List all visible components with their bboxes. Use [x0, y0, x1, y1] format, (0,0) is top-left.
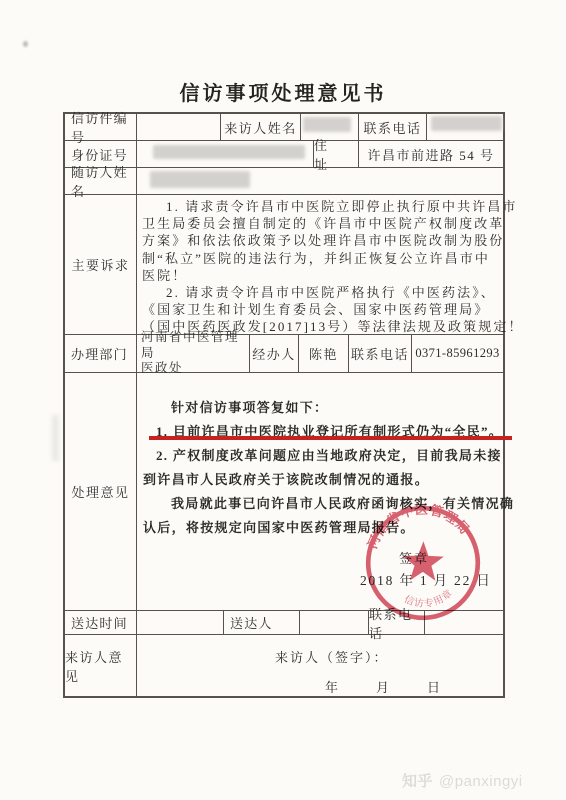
table-row-handling: 办理部门 河南省中医管理局 医政处 经办人 陈艳 联系电话 0371-85961… — [65, 335, 503, 373]
delivery-person-label: 送达人 — [224, 611, 300, 634]
appeal-line: 制“私立”医院的违法行为，并纠正恢复公立许昌市中 — [142, 250, 499, 267]
official-red-stamp: 河南省中医管理局 信访专用章 — [353, 493, 493, 633]
appeal-line: 方案》和依法依政策予以处理许昌市中医院改制为股份 — [142, 232, 499, 249]
opinion-line-underlined: 1. 目前许昌市中医院执业登记所有制形式仍为“全民”。 — [143, 420, 499, 444]
agent-label: 经办人 — [250, 335, 299, 372]
contact-phone-label: 联系电话 — [359, 114, 427, 140]
appeal-line: 《国家卫生和计划生育委员会、国家中医药管理局》 — [142, 301, 499, 318]
appeal-line: 1. 请求责令许昌市中医院立即停止执行原中共许昌市 — [142, 198, 499, 215]
table-row-visitor-opinion: 来访人意见 来访人（签字）： 年 月 日 — [65, 635, 503, 696]
page-title: 信访事项处理意见书 — [0, 77, 566, 106]
delivery-time-value — [137, 611, 224, 634]
table-row-appeal: 主要诉求 1. 请求责令许昌市中医院立即停止执行原中共许昌市 卫生局委员会擅自制… — [65, 195, 503, 335]
table-row-companion: 随访人姓名 — [65, 168, 503, 195]
appeal-line: 医院！ — [142, 267, 499, 284]
delivery-person-value — [300, 611, 369, 634]
handling-dept-label: 办理部门 — [65, 335, 137, 372]
opinion-label: 处理意见 — [65, 373, 137, 610]
visitor-opinion-content: 来访人（签字）： 年 月 日 — [137, 635, 503, 696]
handling-phone-value: 0371-85961293 — [412, 335, 503, 372]
redacted-visitor-name — [303, 117, 351, 132]
appeal-label: 主要诉求 — [65, 195, 137, 334]
address-value: 许昌市前进路 54 号 — [359, 141, 503, 167]
address-label: 住 址 — [314, 141, 359, 167]
visitor-opinion-label: 来访人意见 — [65, 635, 137, 696]
delivery-time-label: 送达时间 — [65, 611, 137, 634]
visitor-name-label: 来访人姓名 — [221, 114, 301, 140]
appeal-line: 卫生局委员会擅自制定的《许昌市中医院产权制度改革 — [142, 215, 499, 232]
agent-name: 陈艳 — [299, 335, 349, 372]
redacted-phone-number — [431, 116, 502, 131]
handling-dept-value: 河南省中医管理局 医政处 — [137, 335, 250, 372]
watermark-handle: @panxingyi — [439, 773, 523, 790]
red-underline-highlight — [149, 436, 512, 440]
petition-no-label: 信访件编号 — [65, 114, 137, 140]
visitor-date-blanks: 年 月 日 — [325, 677, 444, 696]
companion-name-label: 随访人姓名 — [65, 168, 137, 194]
opinion-line: 针对信访事项答复如下： — [143, 396, 499, 420]
appeal-line: 2. 请求责令许昌市中医院严格执行《中医药法》、 — [142, 284, 499, 301]
opinion-line: 2. 产权制度改革问题应由当地政府决定，目前我局未接 — [143, 444, 499, 468]
visitor-signature-line: 来访人（签字）： — [275, 647, 389, 666]
scan-artifact-smudge — [52, 415, 59, 461]
stamp-star-icon — [401, 538, 448, 585]
handling-phone-label: 联系电话 — [349, 335, 412, 372]
opinion-line: 到许昌市人民政府关于该院改制情况的通报。 — [143, 468, 499, 492]
scan-artifact-dot — [23, 41, 28, 47]
watermark-brand: 知乎 — [402, 773, 433, 790]
redacted-companion-name — [150, 171, 250, 188]
dept-line1: 河南省中医管理局 — [141, 330, 249, 361]
petition-no-value — [137, 114, 221, 140]
appeal-content: 1. 请求责令许昌市中医院立即停止执行原中共许昌市 卫生局委员会擅自制定的《许昌… — [137, 195, 503, 334]
redacted-id-number — [153, 145, 305, 159]
watermark: 知乎@panxingyi — [402, 770, 523, 791]
scanned-document-page: 信访事项处理意见书 信访件编号 来访人姓名 联系电话 身份证号 住 址 许昌市前… — [0, 0, 566, 800]
